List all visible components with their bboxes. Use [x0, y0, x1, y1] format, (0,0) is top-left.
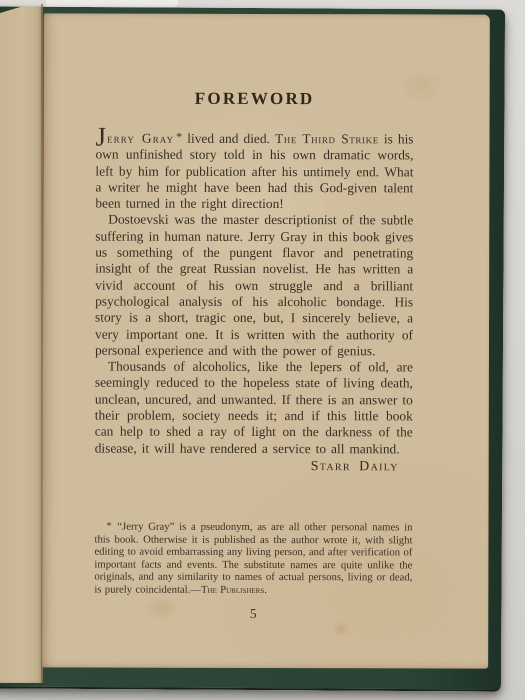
publishers-smallcaps: The Publishers [201, 584, 264, 596]
dropcap-initial: J [96, 132, 107, 142]
author-name-smallcaps: erry Gray [107, 131, 174, 146]
paragraph-1: Jerry Gray* lived and died. The Third St… [95, 129, 413, 213]
paragraph-1-text-a: lived and died. [182, 131, 275, 146]
footnote-period: . [264, 584, 267, 596]
book-title-smallcaps: The Third Strike [275, 131, 379, 146]
paragraph-3: Thousands of alcoholics, like the lepers… [95, 359, 413, 458]
photo-backdrop: FOREWORD Jerry Gray* lived and died. The… [0, 0, 525, 700]
page-title: FOREWORD [96, 88, 414, 111]
footnote-asterisk: * [107, 521, 112, 532]
paragraph-2: Dostoevski was the master descriptionist… [95, 212, 413, 360]
footnote: * “Jerry Gray” is a pseudonym, as are al… [94, 520, 412, 596]
page-edges [0, 4, 43, 683]
book-page: FOREWORD Jerry Gray* lived and died. The… [42, 13, 490, 668]
author-signature: Starr Daily [95, 458, 399, 475]
page-number: 5 [94, 605, 412, 622]
page-content: FOREWORD Jerry Gray* lived and died. The… [42, 13, 490, 622]
